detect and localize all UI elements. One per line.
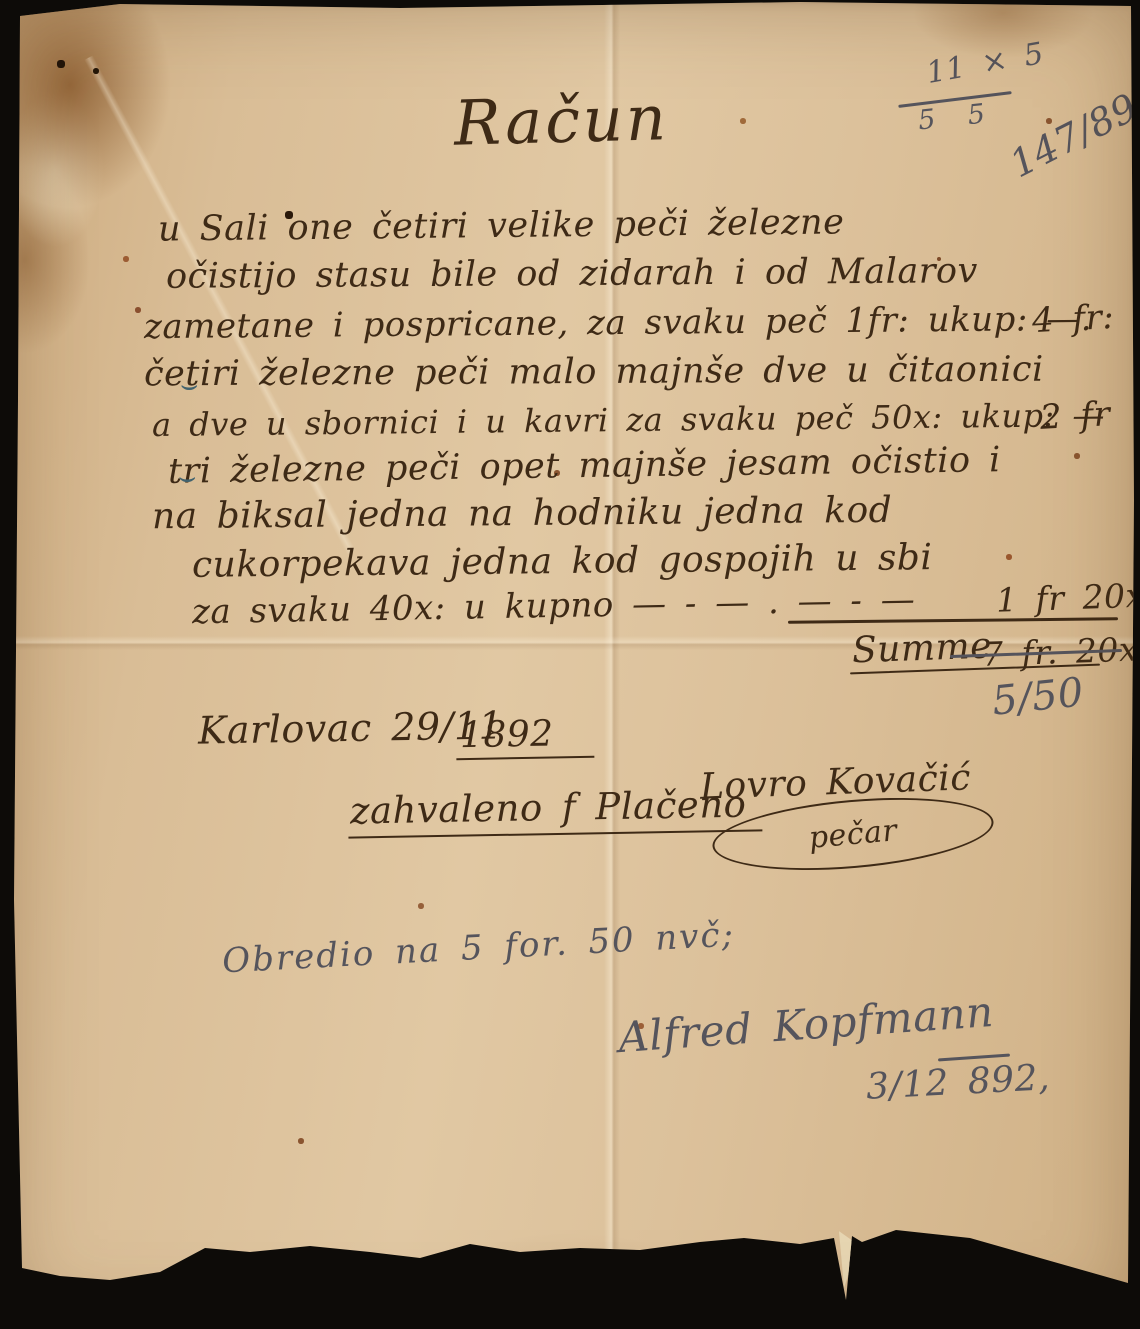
- body-line: cukorpekava jedna kod gospojih u sbi: [192, 537, 933, 586]
- horizontal-fold-crease: [0, 636, 1140, 650]
- pencil-multiplication: 11 × 5: [924, 36, 1047, 91]
- signature-oval-flourish: pečar: [710, 788, 997, 880]
- pencil-overline: [938, 1053, 1010, 1061]
- pencil-strikethrough: [950, 649, 1122, 658]
- total-separator-line: [788, 617, 1118, 623]
- torn-edge-flap: [833, 1231, 859, 1289]
- signature-name: Lovro Kovačić: [699, 757, 971, 807]
- pencil-date: 3/12 892,: [865, 1057, 1051, 1108]
- pencil-corrected-amount: 5/50: [990, 669, 1086, 724]
- fraction-line: [898, 91, 1012, 108]
- year-underlined: 1892: [456, 713, 594, 760]
- body-line: četiri železne peči malo majnše dve u či…: [144, 350, 1044, 395]
- signature-title: pečar: [807, 813, 898, 856]
- body-line: očistijo stasu bile od zidarah i od Mala…: [166, 251, 978, 297]
- blue-check-mark: ⌣: [178, 460, 197, 494]
- blue-check-mark: ⌣: [180, 368, 199, 402]
- body-line: u Sali one četiri velike peči železne: [158, 202, 845, 249]
- summe-underline: [850, 664, 1100, 675]
- body-line: zametane i pospricane, za svaku peč 1fr:…: [144, 299, 1092, 347]
- file-number: 147/892: [1003, 74, 1140, 186]
- summe-struck-amount: 7 fr. 20x:: [981, 629, 1140, 674]
- pencil-verification-note: Obredio na 5 for. 50 nvč;: [221, 915, 736, 982]
- body-line: za svaku 40x: u kupno — - — . — - —: [192, 580, 916, 633]
- body-line: a dve u sbornici i u kavri za svaku peč …: [152, 396, 1105, 444]
- body-line: na biksal jedna na hodniku jedna kod: [152, 490, 893, 537]
- line-amount: 1 fr 20x:: [995, 575, 1140, 620]
- paper-stain-spots: [0, 0, 2, 2]
- summe-label: Summe: [851, 626, 992, 672]
- line-amount: 2 fr: [1039, 394, 1111, 438]
- document-title: Račun: [453, 81, 669, 160]
- vertical-fold-crease: [604, 0, 620, 1329]
- pencil-signature: Alfred Kopfmann: [617, 987, 995, 1062]
- scanned-receipt-page: 11 × 5 5 5 147/892 Račun u Sali one četi…: [0, 0, 1140, 1329]
- place-and-date: Karlovac 29/11: [198, 703, 504, 752]
- diagonal-crease: [84, 55, 356, 554]
- pencil-divisor: 5 5: [917, 99, 987, 137]
- payment-note: zahvaleno f Plačeno: [348, 782, 763, 838]
- line-amount: 4 fr:: [1031, 297, 1115, 341]
- paper-sheet: 11 × 5 5 5 147/892 Račun u Sali one četi…: [0, 0, 1140, 1329]
- body-line: tri železne peči opet majnše jesam očist…: [168, 440, 1001, 492]
